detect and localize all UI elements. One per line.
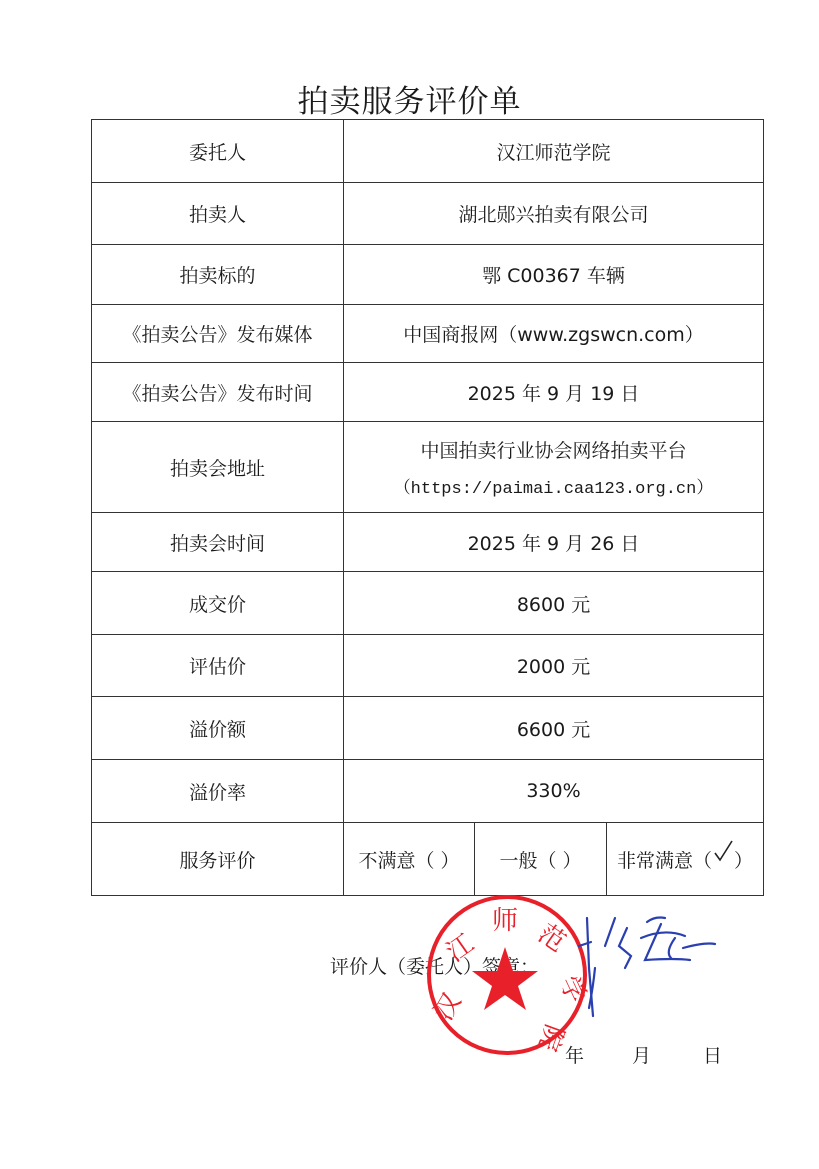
- value-auction-venue: 中国拍卖行业协会网络拍卖平台 （https://paimai.caa123.or…: [344, 422, 764, 513]
- value-auction-date: 2025 年 9 月 26 日: [344, 513, 764, 572]
- handwritten-signature: [575, 908, 720, 1018]
- label-announcement-media: 《拍卖公告》发布媒体: [92, 305, 344, 363]
- table-row: 委托人 汉江师范学院: [92, 120, 764, 183]
- official-seal-icon: 汉 江 师 范 学 院: [425, 893, 589, 1057]
- label-premium-rate: 溢价率: [92, 760, 344, 823]
- label-auctioneer: 拍卖人: [92, 183, 344, 245]
- svg-text:院: 院: [532, 1020, 569, 1055]
- table-row: 溢价率 330%: [92, 760, 764, 823]
- table-row: 溢价额 6600 元: [92, 697, 764, 760]
- very-satisfied-label: 非常满意（: [617, 850, 712, 872]
- value-auction-item: 鄂 C00367 车辆: [344, 245, 764, 305]
- label-announcement-date: 《拍卖公告》发布时间: [92, 363, 344, 422]
- svg-text:师: 师: [492, 906, 518, 936]
- checkmark-icon: [712, 847, 734, 867]
- table-row: 拍卖会地址 中国拍卖行业协会网络拍卖平台 （https://paimai.caa…: [92, 422, 764, 513]
- table-row: 拍卖人 湖北郧兴拍卖有限公司: [92, 183, 764, 245]
- value-consignor: 汉江师范学院: [344, 120, 764, 183]
- table-row: 成交价 8600 元: [92, 572, 764, 635]
- label-appraised-price: 评估价: [92, 635, 344, 697]
- table-row: 拍卖会时间 2025 年 9 月 26 日: [92, 513, 764, 572]
- table-row-evaluation: 服务评价 不满意（ ） 一般（ ） 非常满意（）: [92, 823, 764, 896]
- option-average[interactable]: 一般（ ）: [475, 823, 607, 896]
- date-month: 月: [632, 1041, 651, 1068]
- table-row: 《拍卖公告》发布时间 2025 年 9 月 19 日: [92, 363, 764, 422]
- venue-url: （https://paimai.caa123.org.cn）: [344, 473, 763, 499]
- venue-name: 中国拍卖行业协会网络拍卖平台: [344, 436, 763, 463]
- label-consignor: 委托人: [92, 120, 344, 183]
- svg-text:汉: 汉: [429, 988, 468, 1026]
- value-premium-rate: 330%: [344, 760, 764, 823]
- value-final-price: 8600 元: [344, 572, 764, 635]
- value-auctioneer: 湖北郧兴拍卖有限公司: [344, 183, 764, 245]
- table-row: 评估价 2000 元: [92, 635, 764, 697]
- option-dissatisfied[interactable]: 不满意（ ）: [344, 823, 475, 896]
- label-premium-amount: 溢价额: [92, 697, 344, 760]
- label-final-price: 成交价: [92, 572, 344, 635]
- value-announcement-date: 2025 年 9 月 19 日: [344, 363, 764, 422]
- evaluation-form-table: 委托人 汉江师范学院 拍卖人 湖北郧兴拍卖有限公司 拍卖标的 鄂 C00367 …: [91, 119, 764, 896]
- svg-text:江: 江: [441, 929, 480, 968]
- document-title: 拍卖服务评价单: [0, 76, 819, 121]
- label-service-evaluation: 服务评价: [92, 823, 344, 896]
- date-day: 日: [703, 1041, 722, 1068]
- label-auction-venue: 拍卖会地址: [92, 422, 344, 513]
- label-auction-item: 拍卖标的: [92, 245, 344, 305]
- value-appraised-price: 2000 元: [344, 635, 764, 697]
- option-very-satisfied[interactable]: 非常满意（）: [607, 823, 764, 896]
- value-premium-amount: 6600 元: [344, 697, 764, 760]
- table-row: 拍卖标的 鄂 C00367 车辆: [92, 245, 764, 305]
- table-row: 《拍卖公告》发布媒体 中国商报网（www.zgswcn.com）: [92, 305, 764, 363]
- label-auction-date: 拍卖会时间: [92, 513, 344, 572]
- very-satisfied-close: ）: [734, 850, 753, 872]
- value-announcement-media: 中国商报网（www.zgswcn.com）: [344, 305, 764, 363]
